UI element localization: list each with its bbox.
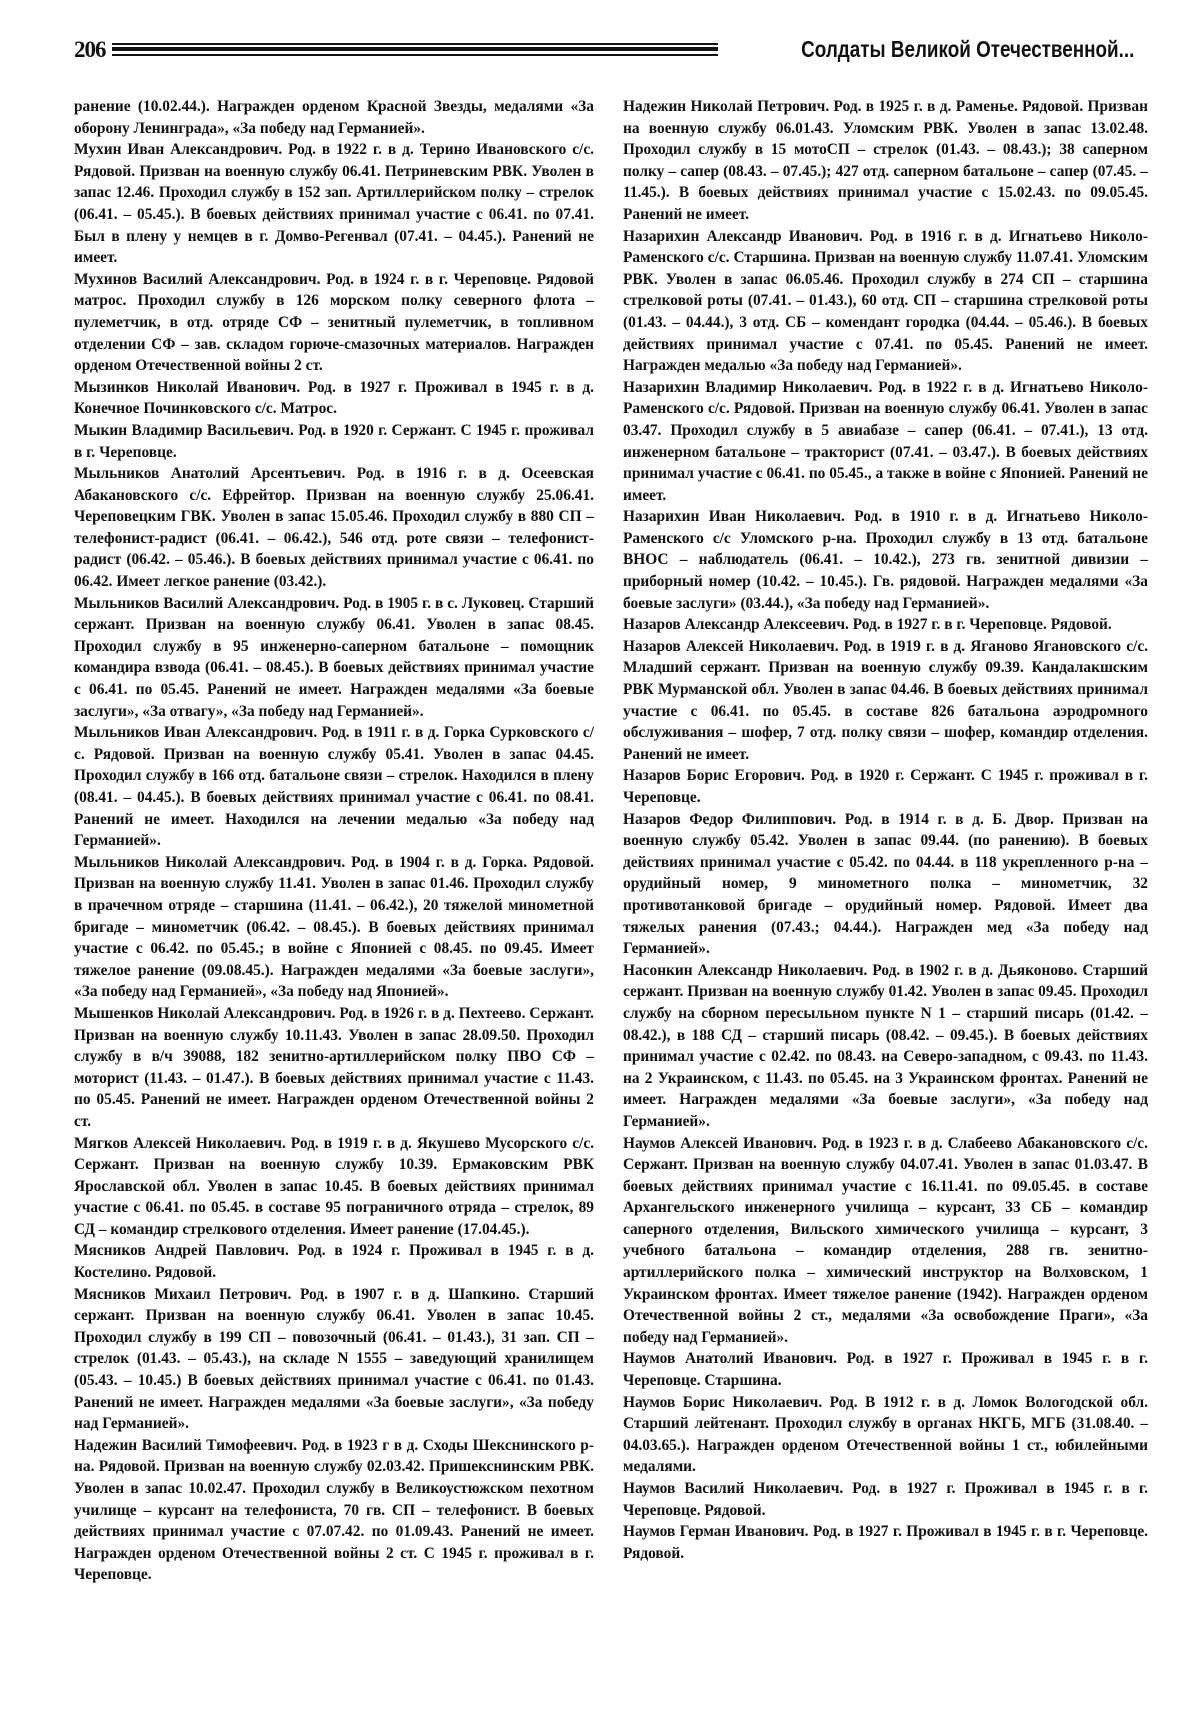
entry: Мухин Иван Александрович. Род. в 1922 г.… (74, 139, 594, 269)
entry: Мышенков Николай Александрович. Род. в 1… (74, 1003, 594, 1133)
entry: Мыльников Анатолий Арсентьевич. Род. в 1… (74, 463, 594, 593)
entry: Мясников Михаил Петрович. Род. в 1907 г.… (74, 1284, 594, 1435)
entry: Назаров Борис Егорович. Род. в 1920 г. С… (623, 765, 1148, 808)
entry: Насонкин Александр Николаевич. Род. в 19… (623, 960, 1148, 1133)
rule-line (112, 43, 718, 45)
entry: Мыкин Владимир Васильевич. Род. в 1920 г… (74, 420, 594, 463)
entry: Мухинов Василий Александрович. Род. в 19… (74, 269, 594, 377)
entry: Наумов Василий Николаевич. Род. в 1927 г… (623, 1478, 1148, 1521)
entry: Надежин Василий Тимофеевич. Род. в 1923 … (74, 1435, 594, 1586)
rule-line (112, 54, 718, 56)
entry: Мызинков Николай Иванович. Род. в 1927 г… (74, 377, 594, 420)
entry: Мыльников Василий Александрович. Род. в … (74, 593, 594, 723)
entry: Назарихин Владимир Николаевич. Род. в 19… (623, 377, 1148, 507)
entry: Назаров Александр Алексеевич. Род. в 192… (623, 614, 1148, 636)
entry: Назаров Алексей Николаевич. Род. в 1919 … (623, 636, 1148, 766)
entry: Наумов Анатолий Иванович. Род. в 1927 г.… (623, 1348, 1148, 1391)
entry: Назарихин Александр Иванович. Род. в 191… (623, 226, 1148, 377)
entry: Наумов Герман Иванович. Род. в 1927 г. П… (623, 1521, 1148, 1564)
entry: Мыльников Николай Александрович. Род. в … (74, 852, 594, 1003)
entry: Надежин Николай Петрович. Род. в 1925 г.… (623, 96, 1148, 226)
page-header: 206 Солдаты Великой Отечественной... (74, 34, 1134, 64)
left-column: ранение (10.02.44.). Награжден орденом К… (74, 96, 594, 1586)
entry: Наумов Борис Николаевич. Род. В 1912 г. … (623, 1392, 1148, 1478)
entry: Мягков Алексей Николаевич. Род. в 1919 г… (74, 1133, 594, 1241)
entry: Назарихин Иван Николаевич. Род. в 1910 г… (623, 506, 1148, 614)
header-rule (112, 43, 718, 56)
running-title: Солдаты Великой Отечественной... (801, 38, 1134, 61)
entry: Назаров Федор Филиппович. Род. в 1914 г.… (623, 809, 1148, 960)
right-column: Надежин Николай Петрович. Род. в 1925 г.… (623, 96, 1148, 1564)
entry: Наумов Алексей Иванович. Род. в 1923 г. … (623, 1133, 1148, 1349)
rule-line (112, 47, 718, 51)
page-number: 206 (74, 38, 106, 61)
entry: Мясников Андрей Павлович. Род. в 1924 г.… (74, 1240, 594, 1283)
entry: Мыльников Иван Александрович. Род. в 191… (74, 722, 594, 852)
entry: ранение (10.02.44.). Награжден орденом К… (74, 96, 594, 139)
